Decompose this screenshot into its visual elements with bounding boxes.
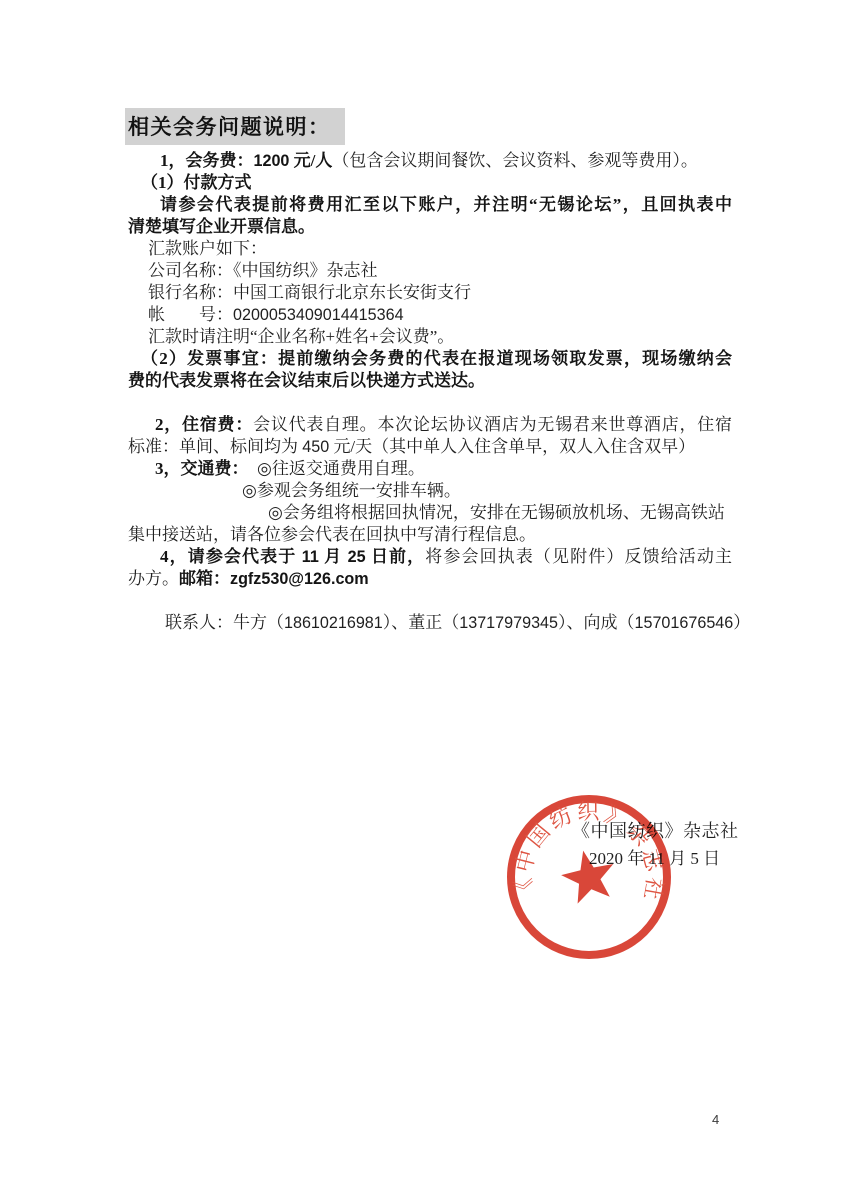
doc-line: 联系人：牛方（18610216981）、董正（13717979345）、向成（1… (128, 612, 732, 634)
doc-line: 汇款时请注明“企业名称+姓名+会议费”。 (128, 326, 732, 348)
text-segment: 汇款账户如下： (148, 239, 267, 258)
text-segment: 联系人：牛方（ (165, 613, 284, 632)
doc-line: 集中接送站，请各位参会代表在回执中写清行程信息。 (128, 524, 732, 546)
doc-line: ◎会务组将根据回执情况，安排在无锡硕放机场、无锡高铁站 (128, 502, 732, 524)
text-segment: 费的代表发票将在会议结束后以快递方式送达。 (128, 371, 485, 390)
doc-line: 1，会务费：1200 元/人（包含会议期间餐饮、会议资料、参观等费用）。 (128, 150, 732, 172)
text-segment: 邮箱： (179, 569, 230, 588)
blank-line (128, 392, 732, 414)
text-segment: 15701676546 (635, 614, 734, 632)
text-segment: 办方。 (128, 569, 179, 588)
text-segment: 汇款时请注明“企业名称+姓名+会议费”。 (148, 327, 454, 346)
text-segment: ◎参观会务组统一安排车辆。 (242, 481, 461, 500)
doc-body: 1，会务费：1200 元/人（包含会议期间餐饮、会议资料、参观等费用）。（1）付… (128, 150, 732, 634)
text-segment: 帐 号： (148, 305, 233, 324)
doc-line: （1）付款方式 (128, 172, 732, 194)
doc-line: 费的代表发票将在会议结束后以快递方式送达。 (128, 370, 732, 392)
text-segment: 公司名称：《中国纺织》杂志社 (148, 261, 378, 280)
doc-line: 公司名称：《中国纺织》杂志社 (128, 260, 732, 282)
page-number: 4 (712, 1112, 719, 1127)
text-segment: （包含会议期间餐饮、会议资料、参观等费用）。 (332, 151, 698, 170)
text-segment: ）、董正（ (383, 613, 460, 632)
text-segment: 标准：单间、标间均为 (128, 437, 302, 456)
text-segment: 元/人 (289, 151, 332, 170)
text-segment: （1）付款方式 (141, 173, 252, 192)
text-segment: 1200 (254, 152, 290, 170)
text-segment: 请参会代表提前将费用汇至以下账户，并注明“无锡论坛”，且回执表中 (160, 195, 732, 214)
document-page: 相关会务问题说明： 1，会务费：1200 元/人（包含会议期间餐饮、会议资料、参… (0, 0, 850, 1202)
page-title: 相关会务问题说明： (125, 108, 345, 145)
doc-line: 清楚填写企业开票信息。 (128, 216, 732, 238)
doc-line: （2）发票事宜：提前缴纳会务费的代表在报道现场领取发票，现场缴纳会 (128, 348, 732, 370)
stamp-seal: 《中国纺织》杂志社 (459, 747, 719, 1007)
doc-line: 2，住宿费：会议代表自理。本次论坛协议酒店为无锡君来世尊酒店，住宿 (128, 414, 732, 436)
text-segment: 1，会务费： (160, 151, 254, 170)
doc-line: 标准：单间、标间均为 450 元/天（其中单人入住含单早，双人入住含双早） (128, 436, 732, 458)
text-segment: （2）发票事宜：提前缴纳会务费的代表在报道现场领取发票，现场缴纳会 (141, 349, 732, 368)
text-segment: 清楚填写企业开票信息。 (128, 217, 315, 236)
text-segment: 3，交通费： (155, 459, 249, 478)
text-segment: zgfz530@126.com (230, 570, 369, 588)
doc-line: 请参会代表提前将费用汇至以下账户，并注明“无锡论坛”，且回执表中 (128, 194, 732, 216)
doc-line: 3，交通费： ◎往返交通费用自理。 (128, 458, 732, 480)
doc-line: 4，请参会代表于 11 月 25 日前，将参会回执表（见附件）反馈给活动主 (128, 546, 732, 568)
text-segment: 银行名称：中国工商银行北京东长安街支行 (148, 283, 471, 302)
signature-org: 《中国纺织》杂志社 (572, 817, 739, 843)
text-segment: 25 (348, 548, 366, 566)
text-segment: 日前， (366, 547, 426, 566)
text-segment: 13717979345 (459, 614, 558, 632)
text-segment: ）、向成（ (558, 613, 635, 632)
text-segment: 元/天（其中单人入住含单早，双人入住含双早） (329, 437, 695, 456)
signature-date: 2020 年 11 月 5 日 (589, 844, 720, 869)
text-segment: 将参会回执表（见附件）反馈给活动主 (425, 547, 732, 566)
text-segment: 11 (302, 548, 319, 566)
text-segment: ◎往返交通费用自理。 (249, 459, 425, 478)
text-segment: 会议代表自理。本次论坛协议酒店为无锡君来世尊酒店，住宿 (253, 415, 732, 434)
doc-line: 办方。邮箱：zgfz530@126.com (128, 568, 732, 590)
text-segment: 集中接送站，请各位参会代表在回执中写清行程信息。 (128, 525, 536, 544)
text-segment: 450 (302, 438, 329, 456)
doc-line: 银行名称：中国工商银行北京东长安街支行 (128, 282, 732, 304)
text-segment: ） (733, 613, 750, 632)
text-segment: ◎会务组将根据回执情况，安排在无锡硕放机场、无锡高铁站 (268, 503, 725, 522)
doc-line: 汇款账户如下： (128, 238, 732, 260)
blank-line (128, 590, 732, 612)
doc-line: ◎参观会务组统一安排车辆。 (128, 480, 732, 502)
text-segment: 0200053409014415364 (233, 306, 404, 324)
doc-line: 帐 号：0200053409014415364 (128, 304, 732, 326)
text-segment: 4，请参会代表于 (160, 547, 302, 566)
text-segment: 2，住宿费： (155, 415, 253, 434)
text-segment: 18610216981 (284, 614, 383, 632)
text-segment: 月 (319, 547, 348, 566)
